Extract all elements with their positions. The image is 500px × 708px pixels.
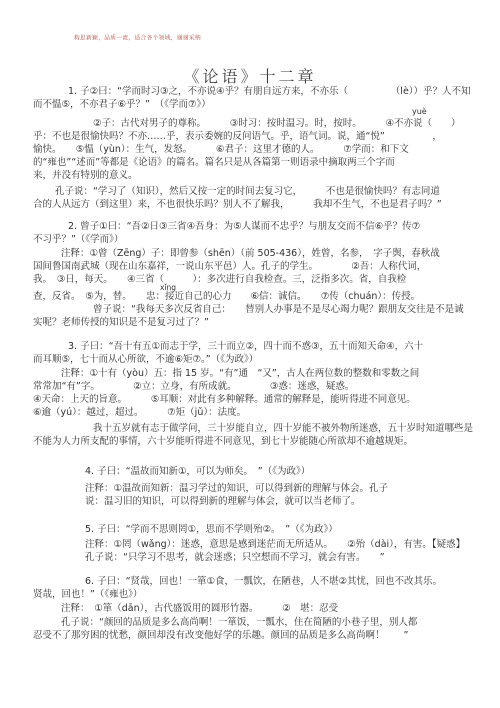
doc-line: 1. 子②曰：“学而时习③之，不亦说④乎？有朋自远方来，不亦乐（ （lè））乎？…: [33, 86, 483, 98]
doc-line: 注释： ①箪（dān），古代盛饭用的圆形竹器。 ② 堪：忍受: [33, 603, 483, 615]
doc-line: 我十五岁就有志于做学问，三十岁能自立，四十岁能不被外物所迷惑，五十岁时知道哪些是: [33, 423, 483, 435]
doc-line: ②子：古代对男子的尊称。 ③时习：按时温习。时，按时。 ④不亦说（ ）: [33, 118, 483, 130]
doc-line: 注释：①曾（Zēng）子：即曾参（shēn）（前 505-436），姓曾，名参，…: [33, 248, 483, 260]
doc-line: 来，并没有特别的意义。: [33, 170, 483, 182]
doc-line: 合的人从远方（到这里）来，不也很快乐吗？别人不了解我， 我却不生气，不也是君子吗…: [33, 199, 483, 211]
page-title: 《论语》十二章: [0, 64, 500, 87]
doc-line: 2. 曾子①曰：“吾②日③三省④吾身：为⑤人谋而不忠乎？与朋友交而不信⑥乎？传⑦: [33, 221, 483, 233]
doc-line: 实呢？老师传授的知识是不是复习过了？”: [33, 317, 483, 329]
doc-line: 贤哉，回也！”（《雍也》）: [33, 589, 483, 601]
doc-line: 查，反省。 ⑤为，替。 忠：接近自己的心力 ⑥信：诚信。 ⑦传（chuán）：传…: [33, 291, 483, 303]
doc-line: 不能为人力所支配的事情，六十岁能听得进不同意见，到七十岁能随心所欲却不逾越规矩。: [33, 436, 483, 448]
doc-line: 注释：①温故而知新：温习学过的知识，可以得到新的理解与体会。孔子: [33, 483, 483, 495]
doc-line: 乎：不也是很愉快吗？不亦……乎，表示委婉的反问语气。乎，语气词。说，通“悦” ，: [33, 131, 483, 143]
doc-line: 5. 子曰：“学而不思则罔①，思而不学则殆②。 ”（《为政》）: [33, 524, 483, 536]
doc-line: 曾子说：“我每天多次反省自己： 替别人办事是不是尽心竭力呢？跟朋友交往是不是诚: [33, 304, 483, 316]
doc-line: 不习乎？”（《学而》）: [33, 234, 483, 246]
doc-line: 常常加“有”字。 ②立：立身，有所成就。 ③惑：迷惑，疑惑。: [33, 381, 483, 393]
doc-line: 我。 ③日，每天。 ④三省（ ）：多次进行自我检查。三，泛指多次。省，自我检: [33, 274, 483, 286]
doc-line: 孔子说：“颜回的品质是多么高尚啊！一箪饭，一瓢水，住在简陋的小巷子里，别人都: [33, 617, 483, 629]
document-page: 构思新颖，品质一流，适合各个领域，谢谢采纳 《论语》十二章 yuè xǐng 1…: [0, 0, 500, 708]
doc-line: 4. 子曰：“温故而知新①，可以为师矣。 ”（《为政》）: [33, 466, 483, 478]
doc-line: 3. 子曰：“吾十有五①而志于学，三十而立②，四十而不惑③，五十而知天命④，六十: [33, 341, 483, 353]
doc-line: 国间鲁国南武城（现在山东嘉祥，一说山东平邑）人。孔子的学生。 ②吾：人称代词，: [33, 261, 483, 273]
doc-line: 孔子说：“只学习不思考，就会迷惑；只空想而不学习，就会有害。 ”: [33, 552, 483, 564]
doc-line: 说：温习旧的知识，可以得到新的理解与体会，就可以当老师了。: [33, 496, 483, 508]
doc-line: 6. 子曰：“贤哉，回也！一箪①食，一瓢饮，在陋巷，人不堪②其忧，回也不改其乐。: [33, 576, 483, 588]
promo-note: 构思新颖，品质一流，适合各个领域，谢谢采纳: [74, 33, 201, 41]
doc-line: 注释：①罔（wǎng）：迷惑，意思是感到迷茫而无所适从。 ②殆（dài），有害。…: [33, 539, 483, 551]
doc-line: ⑥逾（yú）：越过，超过。 ⑦矩（jǔ）：法度。: [33, 407, 483, 419]
doc-line: 而不愠⑤，不亦君子⑥乎？” （《学而⑦》）: [33, 99, 483, 111]
doc-line: ④天命：上天的旨意。 ⑤耳顺：对此有多种解释。通常的解释是，能听得进不同意见。: [33, 394, 483, 406]
doc-line: 孔子说：“学习了（知识），然后又按一定的时间去复习它， 不也是很愉快吗？有志同道: [33, 186, 483, 198]
doc-line: 注释：①十有（yòu）五：指 15 岁。“有”通 “又”，古人在两位数的整数和零…: [33, 368, 483, 380]
doc-line: 的“雍也”“述而”等都是《论语》的篇名。篇名只是从各篇第一则语录中摘取两三个字而: [33, 157, 483, 169]
doc-line: 愉快。 ⑤愠（yùn）：生气，发怒。 ⑥君子：这里才德的人。 ⑦学而：和下文: [33, 144, 483, 156]
doc-line: 而耳顺⑤，七十而从心所欲，不逾⑥矩⑦。”（《为政》）: [33, 354, 483, 366]
doc-line: 忍受不了那穷困的忧愁，颜回却没有改变他好学的乐趣。颜回的品质是多么高尚啊！ ”: [33, 630, 483, 642]
